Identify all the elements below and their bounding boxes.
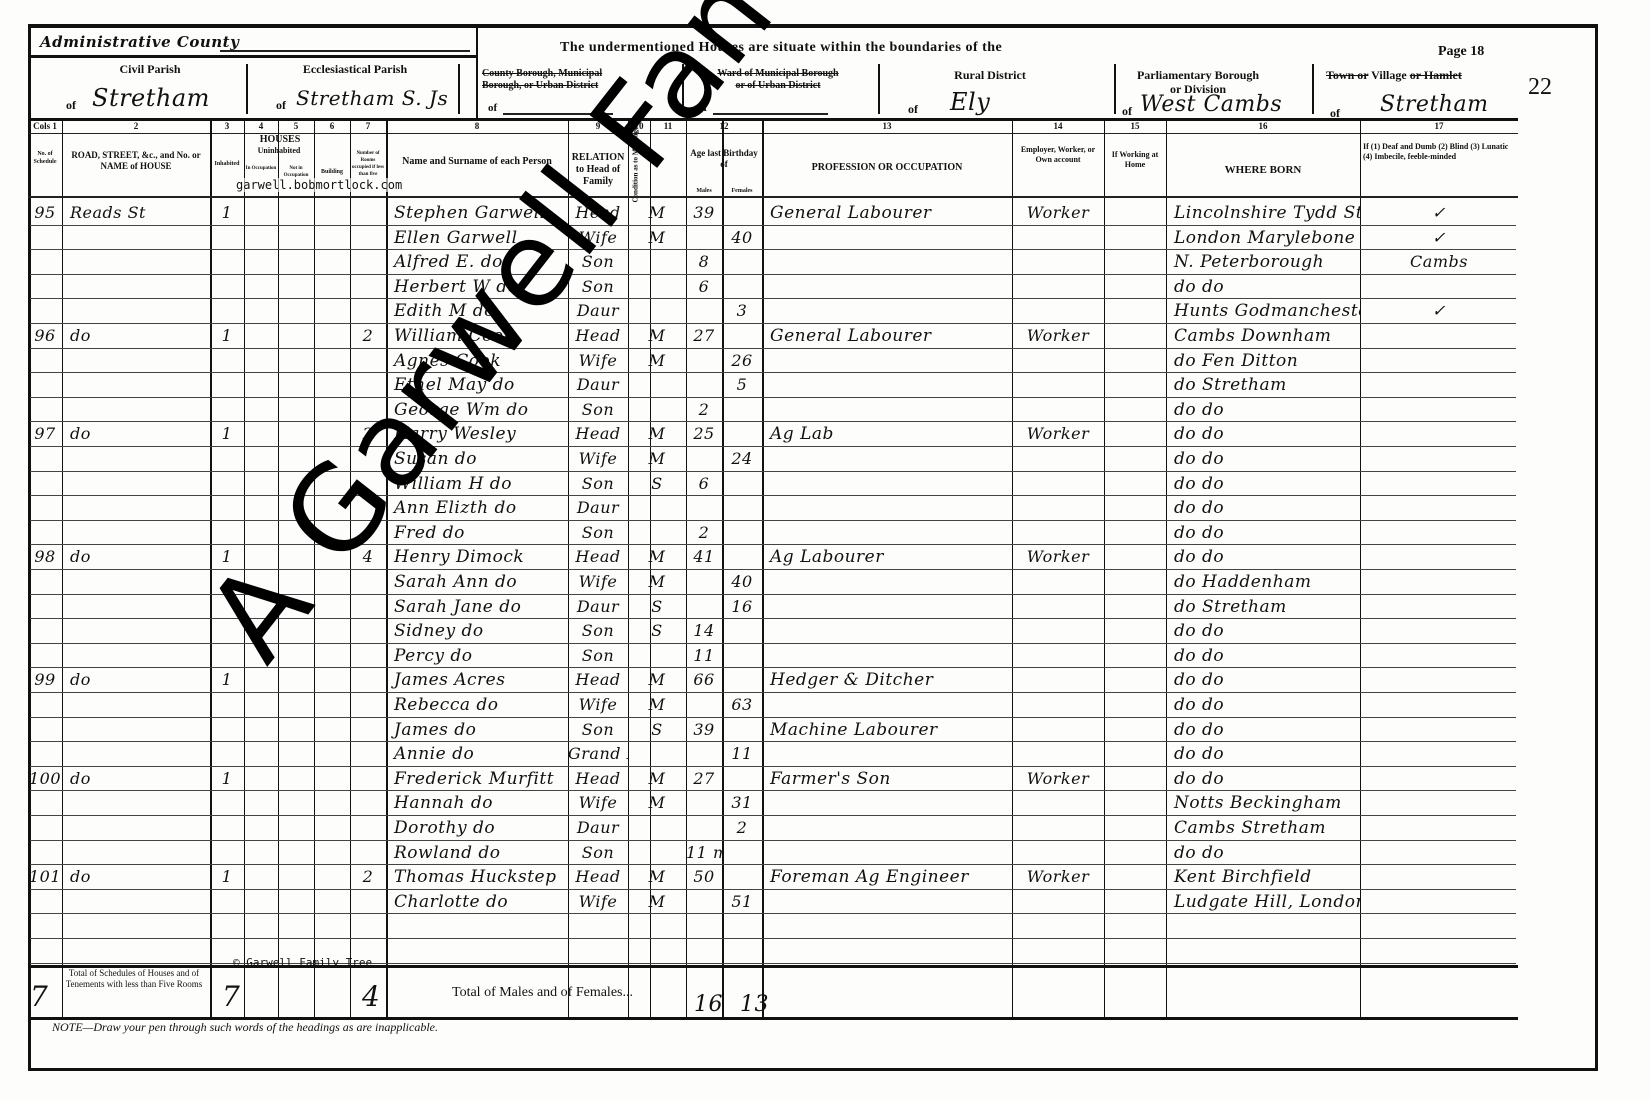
table-row: 100do1Frederick MurfittHeadM27Farmer's S… <box>0 768 1651 793</box>
table-row: George Wm doSon2do do <box>0 399 1651 424</box>
ward-label-2: or of Urban District <box>688 80 868 92</box>
condition: S <box>628 596 686 618</box>
person-name: Ellen Garwell <box>386 227 568 249</box>
col-houses-heading: HOUSES <box>211 134 349 146</box>
birthplace: do do <box>1166 645 1360 667</box>
column-number: Cols 1 <box>28 122 62 130</box>
table-row: Percy doSon11do do <box>0 645 1651 670</box>
person-name: Sarah Ann do <box>386 571 568 593</box>
table-row: Annie doGrand Daur11do do <box>0 743 1651 768</box>
column-number: 4 <box>244 122 278 130</box>
table-row: 97do12Harry WesleyHeadM25Ag LabWorkerdo … <box>0 423 1651 448</box>
age-male: 27 <box>686 768 722 790</box>
civil-parish-value: Stretham <box>92 84 210 112</box>
divider <box>28 196 1518 198</box>
birthplace: do do <box>1166 497 1360 519</box>
rural-district-label: Rural District <box>890 68 1090 83</box>
column-number: 3 <box>210 122 244 130</box>
relation: Wife <box>568 448 628 470</box>
relation: Daur <box>568 497 628 519</box>
table-row: Ann Elizth doDaurdo do <box>0 497 1651 522</box>
condition: M <box>628 325 686 347</box>
relation: Head <box>568 325 628 347</box>
condition: M <box>628 866 686 888</box>
intro-text: The undermentioned Houses are situate wi… <box>560 40 1002 56</box>
age-male: 66 <box>686 669 722 691</box>
age-male: 39 <box>686 202 722 224</box>
employment: Worker <box>1012 202 1104 224</box>
column-number: 2 <box>62 122 210 130</box>
schedule-number: 98 <box>28 546 62 568</box>
age-male: 27 <box>686 325 722 347</box>
relation: Grand Daur <box>568 743 628 765</box>
total-inhabited: 7 <box>222 980 240 1013</box>
schedule-number: 95 <box>28 202 62 224</box>
condition: S <box>628 719 686 741</box>
divider <box>1312 64 1314 114</box>
age-male: 50 <box>686 866 722 888</box>
relation: Wife <box>568 571 628 593</box>
condition: M <box>628 768 686 790</box>
person-name: Sarah Jane do <box>386 596 568 618</box>
person-name: Fred do <box>386 522 568 544</box>
address: do <box>62 325 210 347</box>
address: do <box>62 423 210 445</box>
total-females: 13 <box>740 992 769 1017</box>
relation: Son <box>568 251 628 273</box>
condition: M <box>628 694 686 716</box>
condition: M <box>628 448 686 470</box>
employment: Worker <box>1012 768 1104 790</box>
relation: Head <box>568 768 628 790</box>
col-address-heading: ROAD, STREET, &c., and No. or NAME of HO… <box>63 150 209 172</box>
rooms-count: 4 <box>350 546 386 568</box>
condition: M <box>628 423 686 445</box>
occupation: Machine Labourer <box>762 719 1012 741</box>
birthplace: Kent Birchfield <box>1166 866 1360 888</box>
employment: Worker <box>1012 866 1104 888</box>
condition: M <box>628 227 686 249</box>
person-name: Herbert W do <box>386 276 568 298</box>
divider <box>458 64 460 114</box>
relation: Son <box>568 522 628 544</box>
occupation: Ag Labourer <box>762 546 1012 568</box>
column-number: 17 <box>1360 122 1518 130</box>
inhabited: 1 <box>210 866 244 888</box>
table-row: Sarah Jane doDaurS16do Stretham <box>0 596 1651 621</box>
ecclesiastical-parish-label: Ecclesiastical Parish <box>260 62 450 77</box>
inhabited: 1 <box>210 325 244 347</box>
age-female: 51 <box>722 891 762 913</box>
administrative-county-label: Administrative County <box>40 33 239 51</box>
age-male: 2 <box>686 399 722 421</box>
inhabited: 1 <box>210 423 244 445</box>
age-female: 11 <box>722 743 762 765</box>
rooms-count: 2 <box>350 866 386 888</box>
age-female: 40 <box>722 571 762 593</box>
col-not-in-occupation-heading: Not in Occupation <box>279 165 313 179</box>
relation: Daur <box>568 596 628 618</box>
column-number: 6 <box>314 122 350 130</box>
age-male: 25 <box>686 423 722 445</box>
birthplace: do Fen Ditton <box>1166 350 1360 372</box>
birthplace: do do <box>1166 522 1360 544</box>
column-number: 16 <box>1166 122 1360 130</box>
relation: Head <box>568 423 628 445</box>
person-name: Rowland do <box>386 842 568 864</box>
column-number: 15 <box>1104 122 1166 130</box>
age-male: 39 <box>686 719 722 741</box>
col-age-heading: Age last Birthday of <box>687 148 761 170</box>
relation: Son <box>568 719 628 741</box>
birthplace: do do <box>1166 669 1360 691</box>
age-male: 6 <box>686 473 722 495</box>
person-name: Sidney do <box>386 620 568 642</box>
table-row: Ethel May doDaur5do Stretham <box>0 374 1651 399</box>
address: Reads St <box>62 202 210 224</box>
relation: Son <box>568 473 628 495</box>
condition: M <box>628 350 686 372</box>
total-rooms: 4 <box>362 980 380 1013</box>
birthplace: London Marylebone <box>1166 227 1360 249</box>
age-male: 41 <box>686 546 722 568</box>
col-condition-heading: Condition as to Marriage <box>632 143 641 203</box>
occupation: Foreman Ag Engineer <box>762 866 1012 888</box>
age-male: 11 mos. <box>686 842 722 864</box>
col-name-heading: Name and Surname of each Person <box>387 156 567 168</box>
column-number: 11 <box>650 122 686 130</box>
birthplace: Cambs Stretham <box>1166 817 1360 839</box>
person-name: Henry Dimock <box>386 546 568 568</box>
birthplace: do do <box>1166 694 1360 716</box>
table-row: Fred doSon2do do <box>0 522 1651 547</box>
county-borough-blank <box>503 113 613 115</box>
ecclesiastical-parish-value: Stretham S. Js <box>296 86 448 110</box>
infirmity: ✓ <box>1360 300 1518 322</box>
birthplace: do do <box>1166 768 1360 790</box>
table-row: 96do12William CookHeadM27General Laboure… <box>0 325 1651 350</box>
schedule-number: 99 <box>28 669 62 691</box>
county-underline <box>220 50 470 52</box>
age-male: 8 <box>686 251 722 273</box>
birthplace: do do <box>1166 448 1360 470</box>
condition: M <box>628 546 686 568</box>
age-female: 63 <box>722 694 762 716</box>
age-male: 6 <box>686 276 722 298</box>
table-row: 99do1James AcresHeadM66Hedger & Ditcherd… <box>0 669 1651 694</box>
condition: S <box>628 620 686 642</box>
infirmity: Cambs <box>1360 251 1518 273</box>
age-female: 16 <box>722 596 762 618</box>
birthplace: do do <box>1166 620 1360 642</box>
condition: M <box>628 792 686 814</box>
age-female: 3 <box>722 300 762 322</box>
table-row: Charlotte doWifeM51Ludgate Hill, London <box>0 891 1651 916</box>
birthplace: do do <box>1166 743 1360 765</box>
rural-district-value: Ely <box>950 88 990 116</box>
column-number: 5 <box>278 122 314 130</box>
employment: Worker <box>1012 423 1104 445</box>
table-row: 101do12Thomas HuckstepHeadM50Foreman Ag … <box>0 866 1651 891</box>
person-name: Hannah do <box>386 792 568 814</box>
address: do <box>62 546 210 568</box>
civil-parish-prefix: of <box>66 98 76 113</box>
person-name: Dorothy do <box>386 817 568 839</box>
relation: Son <box>568 620 628 642</box>
birthplace: do do <box>1166 423 1360 445</box>
age-male: 11 <box>686 645 722 667</box>
condition: S <box>628 473 686 495</box>
birthplace: do do <box>1166 473 1360 495</box>
ward-prefix: of <box>698 102 707 114</box>
inhabited: 1 <box>210 669 244 691</box>
age-female: 26 <box>722 350 762 372</box>
birthplace: do Haddenham <box>1166 571 1360 593</box>
age-male: 14 <box>686 620 722 642</box>
divider <box>1114 64 1116 114</box>
divider <box>28 55 478 58</box>
divider <box>682 64 684 114</box>
age-female: 5 <box>722 374 762 396</box>
table-row: 98do14Henry DimockHeadM41Ag LabourerWork… <box>0 546 1651 571</box>
occupation: General Labourer <box>762 325 1012 347</box>
col-rooms-heading: Number of Rooms occupied if less than fi… <box>351 150 385 178</box>
col-occupation-heading: PROFESSION OR OCCUPATION <box>763 162 1011 174</box>
col-infirmity-heading: If (1) Deaf and Dumb (2) Blind (3) Lunat… <box>1363 142 1515 162</box>
person-name: Agnes Cook <box>386 350 568 372</box>
person-name: Ethel May do <box>386 374 568 396</box>
person-name: Stephen Garwell <box>386 202 568 224</box>
occupation: Farmer's Son <box>762 768 1012 790</box>
person-name: Frederick Murfitt <box>386 768 568 790</box>
relation: Daur <box>568 817 628 839</box>
county-borough-label-2: Borough, or Urban District <box>482 80 598 92</box>
address: do <box>62 669 210 691</box>
relation: Son <box>568 645 628 667</box>
copyright-watermark: © Garwell Family Tree <box>233 956 372 969</box>
header-bottom-rule <box>28 118 1518 121</box>
column-number: 7 <box>350 122 386 130</box>
condition: M <box>628 202 686 224</box>
ecclesiastical-parish-prefix: of <box>276 98 286 113</box>
schedule-number: 100 <box>28 768 62 790</box>
table-row: Alfred E. doSon8N. PeterboroughCambs <box>0 251 1651 276</box>
col-schedule-heading: No. of Schedule <box>29 150 61 166</box>
rooms-count: 2 <box>350 325 386 347</box>
rural-district-prefix: of <box>908 102 918 117</box>
table-row: Rowland doSon11 mos.do do <box>0 842 1651 867</box>
employment: Worker <box>1012 325 1104 347</box>
relation: Wife <box>568 694 628 716</box>
age-female: 2 <box>722 817 762 839</box>
relation: Wife <box>568 227 628 249</box>
table-row: Agnes CookWifeM26do Fen Ditton <box>0 350 1651 375</box>
birthplace: do Stretham <box>1166 596 1360 618</box>
schedule-number: 96 <box>28 325 62 347</box>
age-male: 2 <box>686 522 722 544</box>
page-number: Page 18 <box>1438 44 1484 60</box>
table-row: Hannah doWifeM31Notts Beckingham <box>0 792 1651 817</box>
col-where-born-heading: WHERE BORN <box>1167 164 1359 177</box>
ward-label-1: Ward of Municipal Borough <box>688 68 868 80</box>
hamlet-struck: or Hamlet <box>1410 68 1462 82</box>
birthplace: Hunts Godmanchester <box>1166 300 1360 322</box>
parliamentary-value: West Cambs <box>1140 92 1282 117</box>
col-males-heading: Males <box>687 187 721 195</box>
town-village-label: Town or Village or Hamlet <box>1326 68 1462 83</box>
relation: Wife <box>568 891 628 913</box>
condition: M <box>628 571 686 593</box>
relation: Daur <box>568 300 628 322</box>
birthplace: do Stretham <box>1166 374 1360 396</box>
total-schedules-label: Total of Schedules of Houses and of Tene… <box>64 968 204 990</box>
total-males-females-label: Total of Males and of Females... <box>452 985 633 1001</box>
age-female: 40 <box>722 227 762 249</box>
col-females-heading: Females <box>723 187 761 195</box>
infirmity: ✓ <box>1360 202 1518 224</box>
occupation: Hedger & Ditcher <box>762 669 1012 691</box>
person-name: Ann Elizth do <box>386 497 568 519</box>
total-schedules: 7 <box>30 980 48 1013</box>
birthplace: N. Peterborough <box>1166 251 1360 273</box>
person-name: Harry Wesley <box>386 423 568 445</box>
schedule-number: 101 <box>28 866 62 888</box>
relation: Head <box>568 669 628 691</box>
employment: Worker <box>1012 546 1104 568</box>
village-label: Village <box>1371 68 1407 82</box>
table-row: 95Reads St1Stephen GarwellHeadM39General… <box>0 202 1651 227</box>
row-rule <box>30 938 1516 939</box>
person-name: Percy do <box>386 645 568 667</box>
person-name: Alfred E. do <box>386 251 568 273</box>
table-row: Herbert W doSon6do do <box>0 276 1651 301</box>
column-number: 9 <box>568 122 628 130</box>
table-row: James doSonS39Machine Labourerdo do <box>0 719 1651 744</box>
col-inhabited-heading: Inhabited <box>211 160 243 168</box>
ward-blank <box>713 113 828 115</box>
address: do <box>62 768 210 790</box>
birthplace: do do <box>1166 546 1360 568</box>
occupation: Ag Lab <box>762 423 1012 445</box>
relation: Head <box>568 866 628 888</box>
person-name: Annie do <box>386 743 568 765</box>
relation: Head <box>568 546 628 568</box>
occupation: General Labourer <box>762 202 1012 224</box>
parliamentary-label-1: Parliamentary Borough <box>1118 68 1278 82</box>
town-village-value: Stretham <box>1380 92 1488 117</box>
divider <box>476 24 478 120</box>
condition: M <box>628 669 686 691</box>
person-name: Charlotte do <box>386 891 568 913</box>
inhabited: 1 <box>210 768 244 790</box>
rooms-count: 2 <box>350 423 386 445</box>
civil-parish-label: Civil Parish <box>60 62 240 77</box>
column-number: 12 <box>686 122 762 130</box>
person-name: James Acres <box>386 669 568 691</box>
birthplace: Notts Beckingham <box>1166 792 1360 814</box>
town-struck: Town or <box>1326 68 1368 82</box>
relation: Wife <box>568 792 628 814</box>
table-row: Edith M doDaur3Hunts Godmanchester✓ <box>0 300 1651 325</box>
relation: Son <box>568 399 628 421</box>
condition: M <box>628 891 686 913</box>
person-name: Edith M do <box>386 300 568 322</box>
birthplace: do do <box>1166 276 1360 298</box>
table-row: Dorothy doDaur2Cambs Stretham <box>0 817 1651 842</box>
birthplace: Cambs Downham <box>1166 325 1360 347</box>
site-watermark: garwell.bobmortlock.com <box>236 178 402 192</box>
person-name: Rebecca do <box>386 694 568 716</box>
county-borough-prefix: of <box>488 102 497 114</box>
column-number: 8 <box>386 122 568 130</box>
table-row: Sarah Ann doWifeM40do Haddenham <box>0 571 1651 596</box>
person-name: William Cook <box>386 325 568 347</box>
relation: Head <box>568 202 628 224</box>
divider <box>878 64 880 114</box>
age-female: 24 <box>722 448 762 470</box>
col-working-home-heading: If Working at Home <box>1105 150 1165 170</box>
birthplace: do do <box>1166 399 1360 421</box>
relation: Son <box>568 842 628 864</box>
address: do <box>62 866 210 888</box>
person-name: Thomas Huckstep <box>386 866 568 888</box>
col-employment-heading: Employer, Worker, or Own account <box>1013 145 1103 165</box>
column-number: 13 <box>762 122 1012 130</box>
column-number: 14 <box>1012 122 1104 130</box>
person-name: William H do <box>386 473 568 495</box>
inhabited: 1 <box>210 546 244 568</box>
birthplace: Ludgate Hill, London <box>1166 891 1360 913</box>
birthplace: Lincolnshire Tydd St. Giles <box>1166 202 1360 224</box>
footnote: NOTE—Draw your pen through such words of… <box>52 1020 438 1035</box>
birthplace: do do <box>1166 719 1360 741</box>
col-in-occupation-heading: In Occupation <box>245 165 277 172</box>
birthplace: do do <box>1166 842 1360 864</box>
person-name: George Wm do <box>386 399 568 421</box>
col-relation-heading: RELATION to Head of Family <box>569 152 627 188</box>
table-row: William H doSonS6do do <box>0 473 1651 498</box>
table-row: Rebecca doWifeM63do do <box>0 694 1651 719</box>
divider <box>246 64 248 114</box>
table-row: Ellen GarwellWifeM40London Marylebone✓ <box>0 227 1651 252</box>
person-name: Susan do <box>386 448 568 470</box>
col-uninhabited-heading: Uninhabited <box>245 146 313 156</box>
county-borough-label-1: County Borough, Municipal <box>482 68 602 80</box>
inhabited: 1 <box>210 202 244 224</box>
person-name: James do <box>386 719 568 741</box>
margin-number: 22 <box>1528 74 1552 101</box>
col-building-heading: Building <box>315 168 349 176</box>
relation: Son <box>568 276 628 298</box>
infirmity: ✓ <box>1360 227 1518 249</box>
relation: Wife <box>568 350 628 372</box>
relation: Daur <box>568 374 628 396</box>
table-row: Sidney doSonS14do do <box>0 620 1651 645</box>
parliamentary-prefix: of <box>1122 104 1132 119</box>
schedule-number: 97 <box>28 423 62 445</box>
age-female: 31 <box>722 792 762 814</box>
table-row: Susan doWifeM24do do <box>0 448 1651 473</box>
total-males: 16 <box>694 992 723 1017</box>
